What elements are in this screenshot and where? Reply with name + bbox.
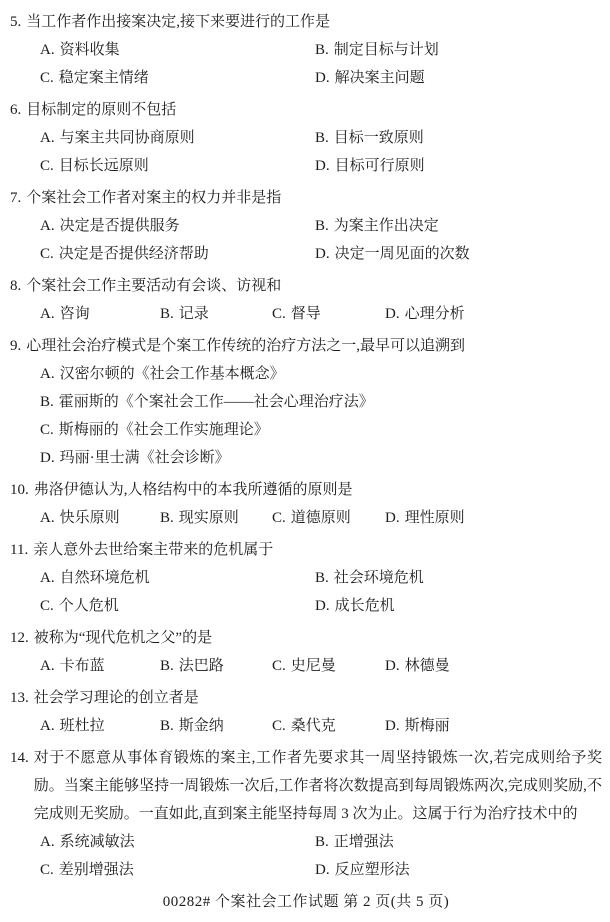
option-b: B.记录: [160, 300, 272, 328]
option-c: C.史尼曼: [272, 652, 385, 680]
option-c: C.斯梅丽的《社会工作实施理论》: [40, 416, 602, 444]
option-d: D.解决案主问题: [315, 64, 602, 92]
exam-page: 5. 当工作者作出接案决定,接下来要进行的工作是 A.资料收集 B.制定目标与计…: [0, 0, 610, 922]
question-8: 8. 个案社会工作主要活动有会谈、访视和 A.咨询 B.记录 C.督导 D.心理…: [10, 272, 602, 328]
option-a: A.资料收集: [40, 36, 315, 64]
option-d: D.成长危机: [315, 592, 602, 620]
option-c: C.个人危机: [40, 592, 315, 620]
question-number: 8.: [10, 272, 26, 300]
option-d: D.斯梅丽: [385, 712, 602, 740]
question-stem: 7. 个案社会工作者对案主的权力并非是指: [10, 184, 602, 212]
question-stem-text: 个案社会工作主要活动有会谈、访视和: [26, 272, 602, 300]
question-number: 12.: [10, 624, 34, 652]
option-d: D.反应塑形法: [315, 856, 602, 884]
option-c: C.道德原则: [272, 504, 385, 532]
option-a: A.系统减敏法: [40, 828, 315, 856]
question-number: 7.: [10, 184, 26, 212]
option-c: C.目标长远原则: [40, 152, 315, 180]
option-a: A.自然环境危机: [40, 564, 315, 592]
question-options: A.班杜拉 B.斯金纳 C.桑代克 D.斯梅丽: [10, 712, 602, 740]
question-options: A.决定是否提供服务 B.为案主作出决定 C.决定是否提供经济帮助 D.决定一周…: [10, 212, 602, 268]
question-9: 9. 心理社会治疗模式是个案工作传统的治疗方法之一,最早可以追溯到 A.汉密尔顿…: [10, 332, 602, 472]
option-d: D.玛丽·里士满《社会诊断》: [40, 444, 602, 472]
question-7: 7. 个案社会工作者对案主的权力并非是指 A.决定是否提供服务 B.为案主作出决…: [10, 184, 602, 268]
question-stem: 13. 社会学习理论的创立者是: [10, 684, 602, 712]
option-b: B.法巴路: [160, 652, 272, 680]
option-a: A.快乐原则: [40, 504, 160, 532]
question-number: 6.: [10, 96, 26, 124]
question-10: 10. 弗洛伊德认为,人格结构中的本我所遵循的原则是 A.快乐原则 B.现实原则…: [10, 476, 602, 532]
question-stem-text: 弗洛伊德认为,人格结构中的本我所遵循的原则是: [34, 476, 602, 504]
question-stem: 9. 心理社会治疗模式是个案工作传统的治疗方法之一,最早可以追溯到: [10, 332, 602, 360]
question-options: A.卡布蓝 B.法巴路 C.史尼曼 D.林德曼: [10, 652, 602, 680]
question-number: 5.: [10, 8, 26, 36]
question-number: 13.: [10, 684, 34, 712]
question-options: A.系统减敏法 B.正增强法 C.差别增强法 D.反应塑形法: [10, 828, 602, 884]
option-d: D.理性原则: [385, 504, 602, 532]
option-c: C.稳定案主情绪: [40, 64, 315, 92]
question-number: 14.: [10, 744, 34, 828]
question-stem: 12. 被称为“现代危机之父”的是: [10, 624, 602, 652]
option-b: B.制定目标与计划: [315, 36, 602, 64]
option-c: C.差别增强法: [40, 856, 315, 884]
question-stem-text: 社会学习理论的创立者是: [34, 684, 602, 712]
page-footer: 00282# 个案社会工作试题 第 2 页(共 5 页): [10, 888, 602, 916]
question-14: 14. 对于不愿意从事体育锻炼的案主,工作者先要求其一周坚持锻炼一次,若完成则给…: [10, 744, 602, 884]
question-stem: 10. 弗洛伊德认为,人格结构中的本我所遵循的原则是: [10, 476, 602, 504]
option-b: B.正增强法: [315, 828, 602, 856]
option-c: C.督导: [272, 300, 385, 328]
question-stem: 14. 对于不愿意从事体育锻炼的案主,工作者先要求其一周坚持锻炼一次,若完成则给…: [10, 744, 602, 828]
question-number: 9.: [10, 332, 26, 360]
option-a: A.咨询: [40, 300, 160, 328]
question-stem-text: 心理社会治疗模式是个案工作传统的治疗方法之一,最早可以追溯到: [26, 332, 602, 360]
question-stem: 8. 个案社会工作主要活动有会谈、访视和: [10, 272, 602, 300]
question-options: A.汉密尔顿的《社会工作基本概念》 B.霍丽斯的《个案社会工作——社会心理治疗法…: [10, 360, 602, 472]
question-stem-text: 个案社会工作者对案主的权力并非是指: [26, 184, 602, 212]
option-d: D.心理分析: [385, 300, 602, 328]
option-a: A.与案主共同协商原则: [40, 124, 315, 152]
question-stem: 6. 目标制定的原则不包括: [10, 96, 602, 124]
option-b: B.斯金纳: [160, 712, 272, 740]
option-c: C.决定是否提供经济帮助: [40, 240, 315, 268]
question-6: 6. 目标制定的原则不包括 A.与案主共同协商原则 B.目标一致原则 C.目标长…: [10, 96, 602, 180]
option-d: D.目标可行原则: [315, 152, 602, 180]
question-stem-text: 当工作者作出接案决定,接下来要进行的工作是: [26, 8, 602, 36]
question-11: 11. 亲人意外去世给案主带来的危机属于 A.自然环境危机 B.社会环境危机 C…: [10, 536, 602, 620]
option-a: A.卡布蓝: [40, 652, 160, 680]
question-options: A.自然环境危机 B.社会环境危机 C.个人危机 D.成长危机: [10, 564, 602, 620]
option-c: C.桑代克: [272, 712, 385, 740]
question-options: A.与案主共同协商原则 B.目标一致原则 C.目标长远原则 D.目标可行原则: [10, 124, 602, 180]
question-options: A.快乐原则 B.现实原则 C.道德原则 D.理性原则: [10, 504, 602, 532]
option-a: A.班杜拉: [40, 712, 160, 740]
question-stem-text: 对于不愿意从事体育锻炼的案主,工作者先要求其一周坚持锻炼一次,若完成则给予奖励。…: [34, 744, 602, 828]
question-options: A.资料收集 B.制定目标与计划 C.稳定案主情绪 D.解决案主问题: [10, 36, 602, 92]
question-number: 11.: [10, 536, 33, 564]
question-13: 13. 社会学习理论的创立者是 A.班杜拉 B.斯金纳 C.桑代克 D.斯梅丽: [10, 684, 602, 740]
question-number: 10.: [10, 476, 34, 504]
question-options: A.咨询 B.记录 C.督导 D.心理分析: [10, 300, 602, 328]
question-5: 5. 当工作者作出接案决定,接下来要进行的工作是 A.资料收集 B.制定目标与计…: [10, 8, 602, 92]
question-stem-text: 亲人意外去世给案主带来的危机属于: [33, 536, 602, 564]
option-a: A.汉密尔顿的《社会工作基本概念》: [40, 360, 602, 388]
question-stem-text: 目标制定的原则不包括: [26, 96, 602, 124]
option-d: D.决定一周见面的次数: [315, 240, 602, 268]
question-stem: 5. 当工作者作出接案决定,接下来要进行的工作是: [10, 8, 602, 36]
question-stem: 11. 亲人意外去世给案主带来的危机属于: [10, 536, 602, 564]
option-b: B.为案主作出决定: [315, 212, 602, 240]
option-d: D.林德曼: [385, 652, 602, 680]
option-b: B.现实原则: [160, 504, 272, 532]
question-stem-text: 被称为“现代危机之父”的是: [34, 624, 602, 652]
question-12: 12. 被称为“现代危机之父”的是 A.卡布蓝 B.法巴路 C.史尼曼 D.林德…: [10, 624, 602, 680]
option-a: A.决定是否提供服务: [40, 212, 315, 240]
option-b: B.目标一致原则: [315, 124, 602, 152]
option-b: B.霍丽斯的《个案社会工作——社会心理治疗法》: [40, 388, 602, 416]
option-b: B.社会环境危机: [315, 564, 602, 592]
